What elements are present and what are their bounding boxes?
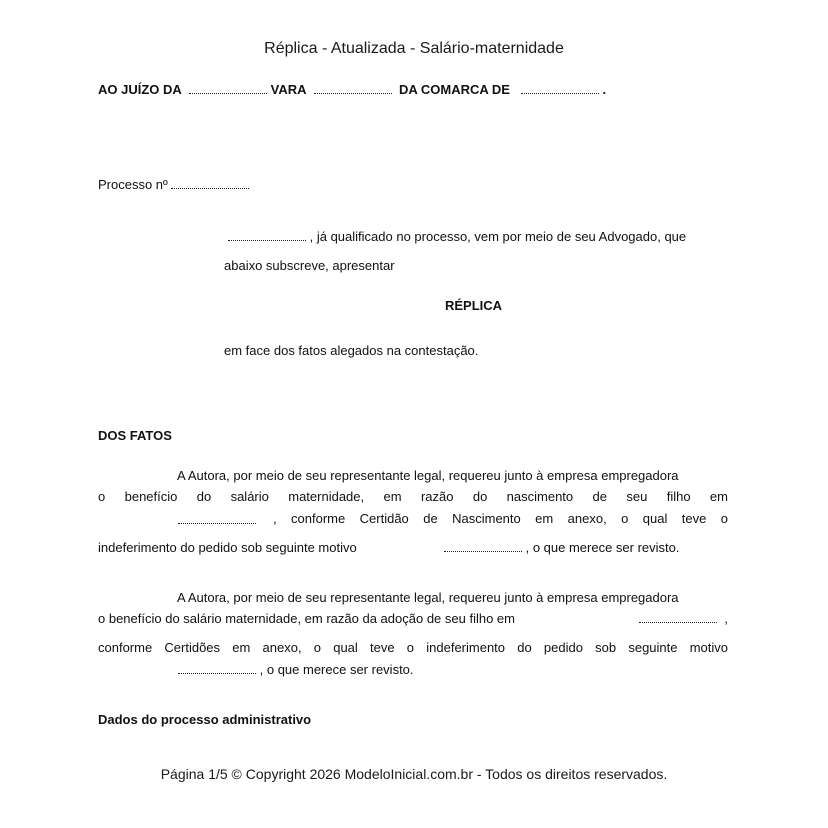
p2-line-2-text: o benefício do salário maternidade, em r… [98,611,515,626]
blank-field [521,83,599,94]
blank-field [228,230,306,241]
page-footer: Página 1/5 © Copyright 2026 ModeloInicia… [0,766,828,782]
blank-field [178,513,256,524]
intro-line-1: , já qualificado no processo, vem por me… [228,229,686,244]
blank-field [189,83,267,94]
p1-line-4-end: , o que merece ser revisto. [526,540,680,555]
p1-line-2: o benefício do salário maternidade, em r… [98,489,728,504]
p2-line-4: , o que merece ser revisto. [178,662,414,677]
address-prefix: AO JUÍZO DA [98,82,182,97]
p1-line-4-text: indeferimento do pedido sob seguinte mot… [98,540,357,555]
p1-line-4: indeferimento do pedido sob seguinte mot… [98,540,680,555]
process-number: Processo nº [98,177,249,192]
section-dos-fatos: DOS FATOS [98,428,172,443]
p1-line-3: , conforme Certidão de Nascimento em ane… [178,511,728,526]
p2-line-2: o benefício do salário maternidade, em r… [98,611,728,626]
address-comarca: DA COMARCA DE [399,82,510,97]
address-end: . [602,82,606,97]
blank-field [639,612,717,623]
process-label: Processo nº [98,177,168,192]
section-dados-processo: Dados do processo administrativo [98,712,311,727]
intro-line-2: abaixo subscreve, apresentar [224,258,395,273]
blank-field [178,663,256,674]
blank-field [444,541,522,552]
p2-line-4-end: , o que merece ser revisto. [260,662,414,677]
blank-field [314,83,392,94]
p2-line-2-end: , [724,611,728,626]
document-title: Réplica - Atualizada - Salário-maternida… [0,40,828,58]
replica-heading: RÉPLICA [445,298,502,313]
court-address: AO JUÍZO DA VARA DA COMARCA DE . [98,82,606,97]
blank-field [171,178,249,189]
p1-line-3-text: , conforme Certidão de Nascimento em ane… [273,511,728,526]
intro-end: em face dos fatos alegados na contestaçã… [224,343,478,358]
p2-line-3: conforme Certidões em anexo, o qual teve… [98,640,728,655]
p1-line-1: A Autora, por meio de seu representante … [177,468,679,483]
address-vara: VARA [271,82,307,97]
intro-text: , já qualificado no processo, vem por me… [310,229,687,244]
p2-line-1: A Autora, por meio de seu representante … [177,590,679,605]
